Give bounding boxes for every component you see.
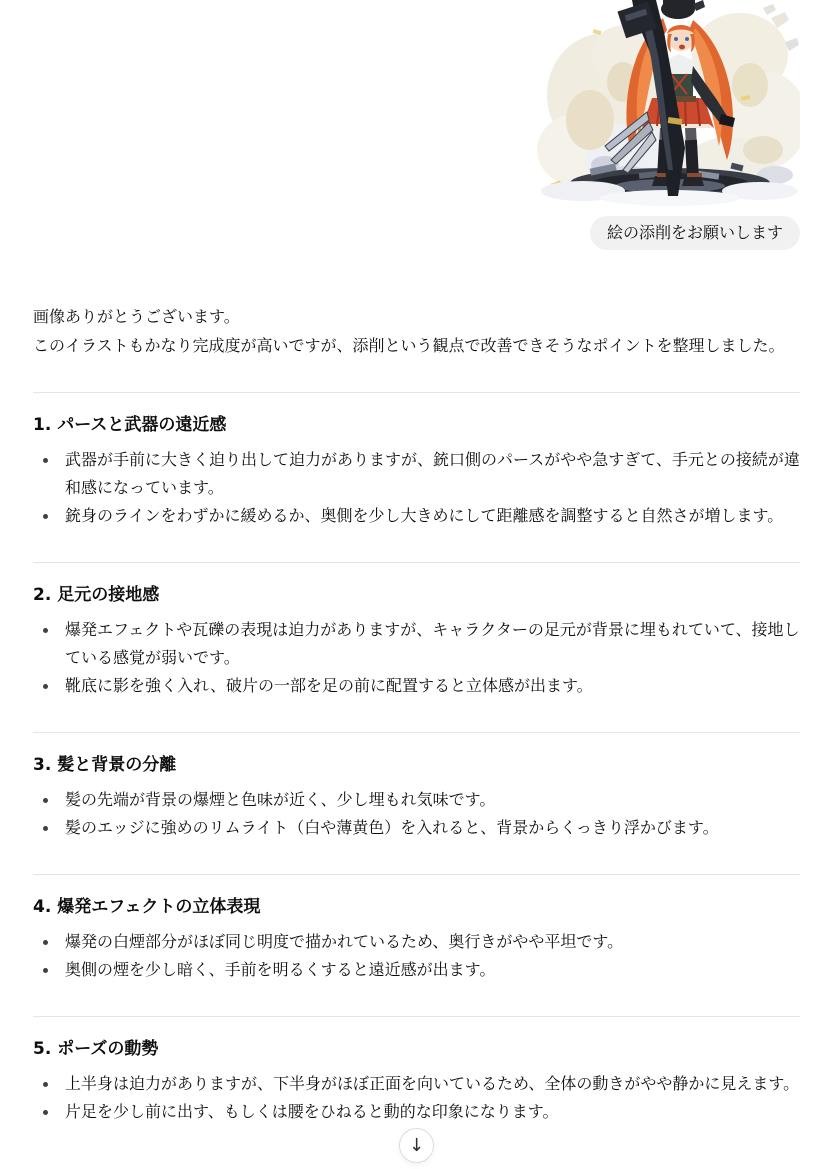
bullet-item: 爆発の白煙部分がほぼ同じ明度で描かれているため、奥行きがやや平坦です。 xyxy=(33,928,800,956)
critique-section-5: 5. ポーズの動勢 上半身は迫力がありますが、下半身がほぼ正面を向いているため、… xyxy=(33,1039,800,1126)
bullet-item: 上半身は迫力がありますが、下半身がほぼ正面を向いているため、全体の動きがやや静か… xyxy=(33,1070,800,1098)
down-arrow-icon: ↓ xyxy=(409,1135,424,1156)
bullet-item: 靴底に影を強く入れ、破片の一部を足の前に配置すると立体感が出ます。 xyxy=(33,672,800,700)
intro-line-2: このイラストもかなり完成度が高いですが、添削という観点で改善できそうなポイントを… xyxy=(33,331,800,360)
intro-line-1: 画像ありがとうございます。 xyxy=(33,302,800,331)
assistant-intro: 画像ありがとうございます。 このイラストもかなり完成度が高いですが、添削という観… xyxy=(33,302,800,360)
section-divider xyxy=(33,562,800,563)
critique-section-4: 4. 爆発エフェクトの立体表現 爆発の白煙部分がほぼ同じ明度で描かれているため、… xyxy=(33,897,800,984)
bullet-item: 爆発エフェクトや瓦礫の表現は迫力がありますが、キャラクターの足元が背景に埋もれて… xyxy=(33,616,800,672)
section-heading: 4. 爆発エフェクトの立体表現 xyxy=(33,897,800,917)
user-message-turn: 絵の添削をお願いします xyxy=(33,0,800,250)
bullet-item: 銃身のラインをわずかに緩めるか、奥側を少し大きめにして距離感を調整すると自然さが… xyxy=(33,502,800,530)
section-heading: 1. パースと武器の遠近感 xyxy=(33,415,800,435)
section-heading: 2. 足元の接地感 xyxy=(33,585,800,605)
bullet-item: 髪のエッジに強めのリムライト（白や薄黄色）を入れると、背景からくっきり浮かびます… xyxy=(33,814,800,842)
bullet-item: 髪の先端が背景の爆煙と色味が近く、少し埋もれ気味です。 xyxy=(33,786,800,814)
bullet-item: 武器が手前に大きく迫り出して迫力がありますが、銃口側のパースがやや急すぎて、手元… xyxy=(33,446,800,502)
critique-section-3: 3. 髪と背景の分離 髪の先端が背景の爆煙と色味が近く、少し埋もれ気味です。 髪… xyxy=(33,755,800,842)
user-message-text: 絵の添削をお願いします xyxy=(607,223,783,242)
user-message-bubble: 絵の添削をお願いします xyxy=(590,216,800,250)
assistant-message: 画像ありがとうございます。 このイラストもかなり完成度が高いですが、添削という観… xyxy=(33,302,800,1126)
attached-image[interactable] xyxy=(535,0,800,210)
bullet-item: 奥側の煙を少し暗く、手前を明るくすると遠近感が出ます。 xyxy=(33,956,800,984)
section-heading: 5. ポーズの動勢 xyxy=(33,1039,800,1059)
section-divider xyxy=(33,874,800,875)
bullet-item: 片足を少し前に出す、もしくは腰をひねると動的な印象になります。 xyxy=(33,1098,800,1126)
section-divider xyxy=(33,732,800,733)
section-divider xyxy=(33,392,800,393)
critique-section-1: 1. パースと武器の遠近感 武器が手前に大きく迫り出して迫力がありますが、銃口側… xyxy=(33,415,800,530)
section-divider xyxy=(33,1016,800,1017)
chat-content: 絵の添削をお願いします 画像ありがとうございます。 このイラストもかなり完成度が… xyxy=(33,0,800,1126)
scroll-to-bottom-button[interactable]: ↓ xyxy=(399,1128,434,1163)
critique-section-2: 2. 足元の接地感 爆発エフェクトや瓦礫の表現は迫力がありますが、キャラクターの… xyxy=(33,585,800,700)
character-illustration xyxy=(535,0,800,210)
section-heading: 3. 髪と背景の分離 xyxy=(33,755,800,775)
